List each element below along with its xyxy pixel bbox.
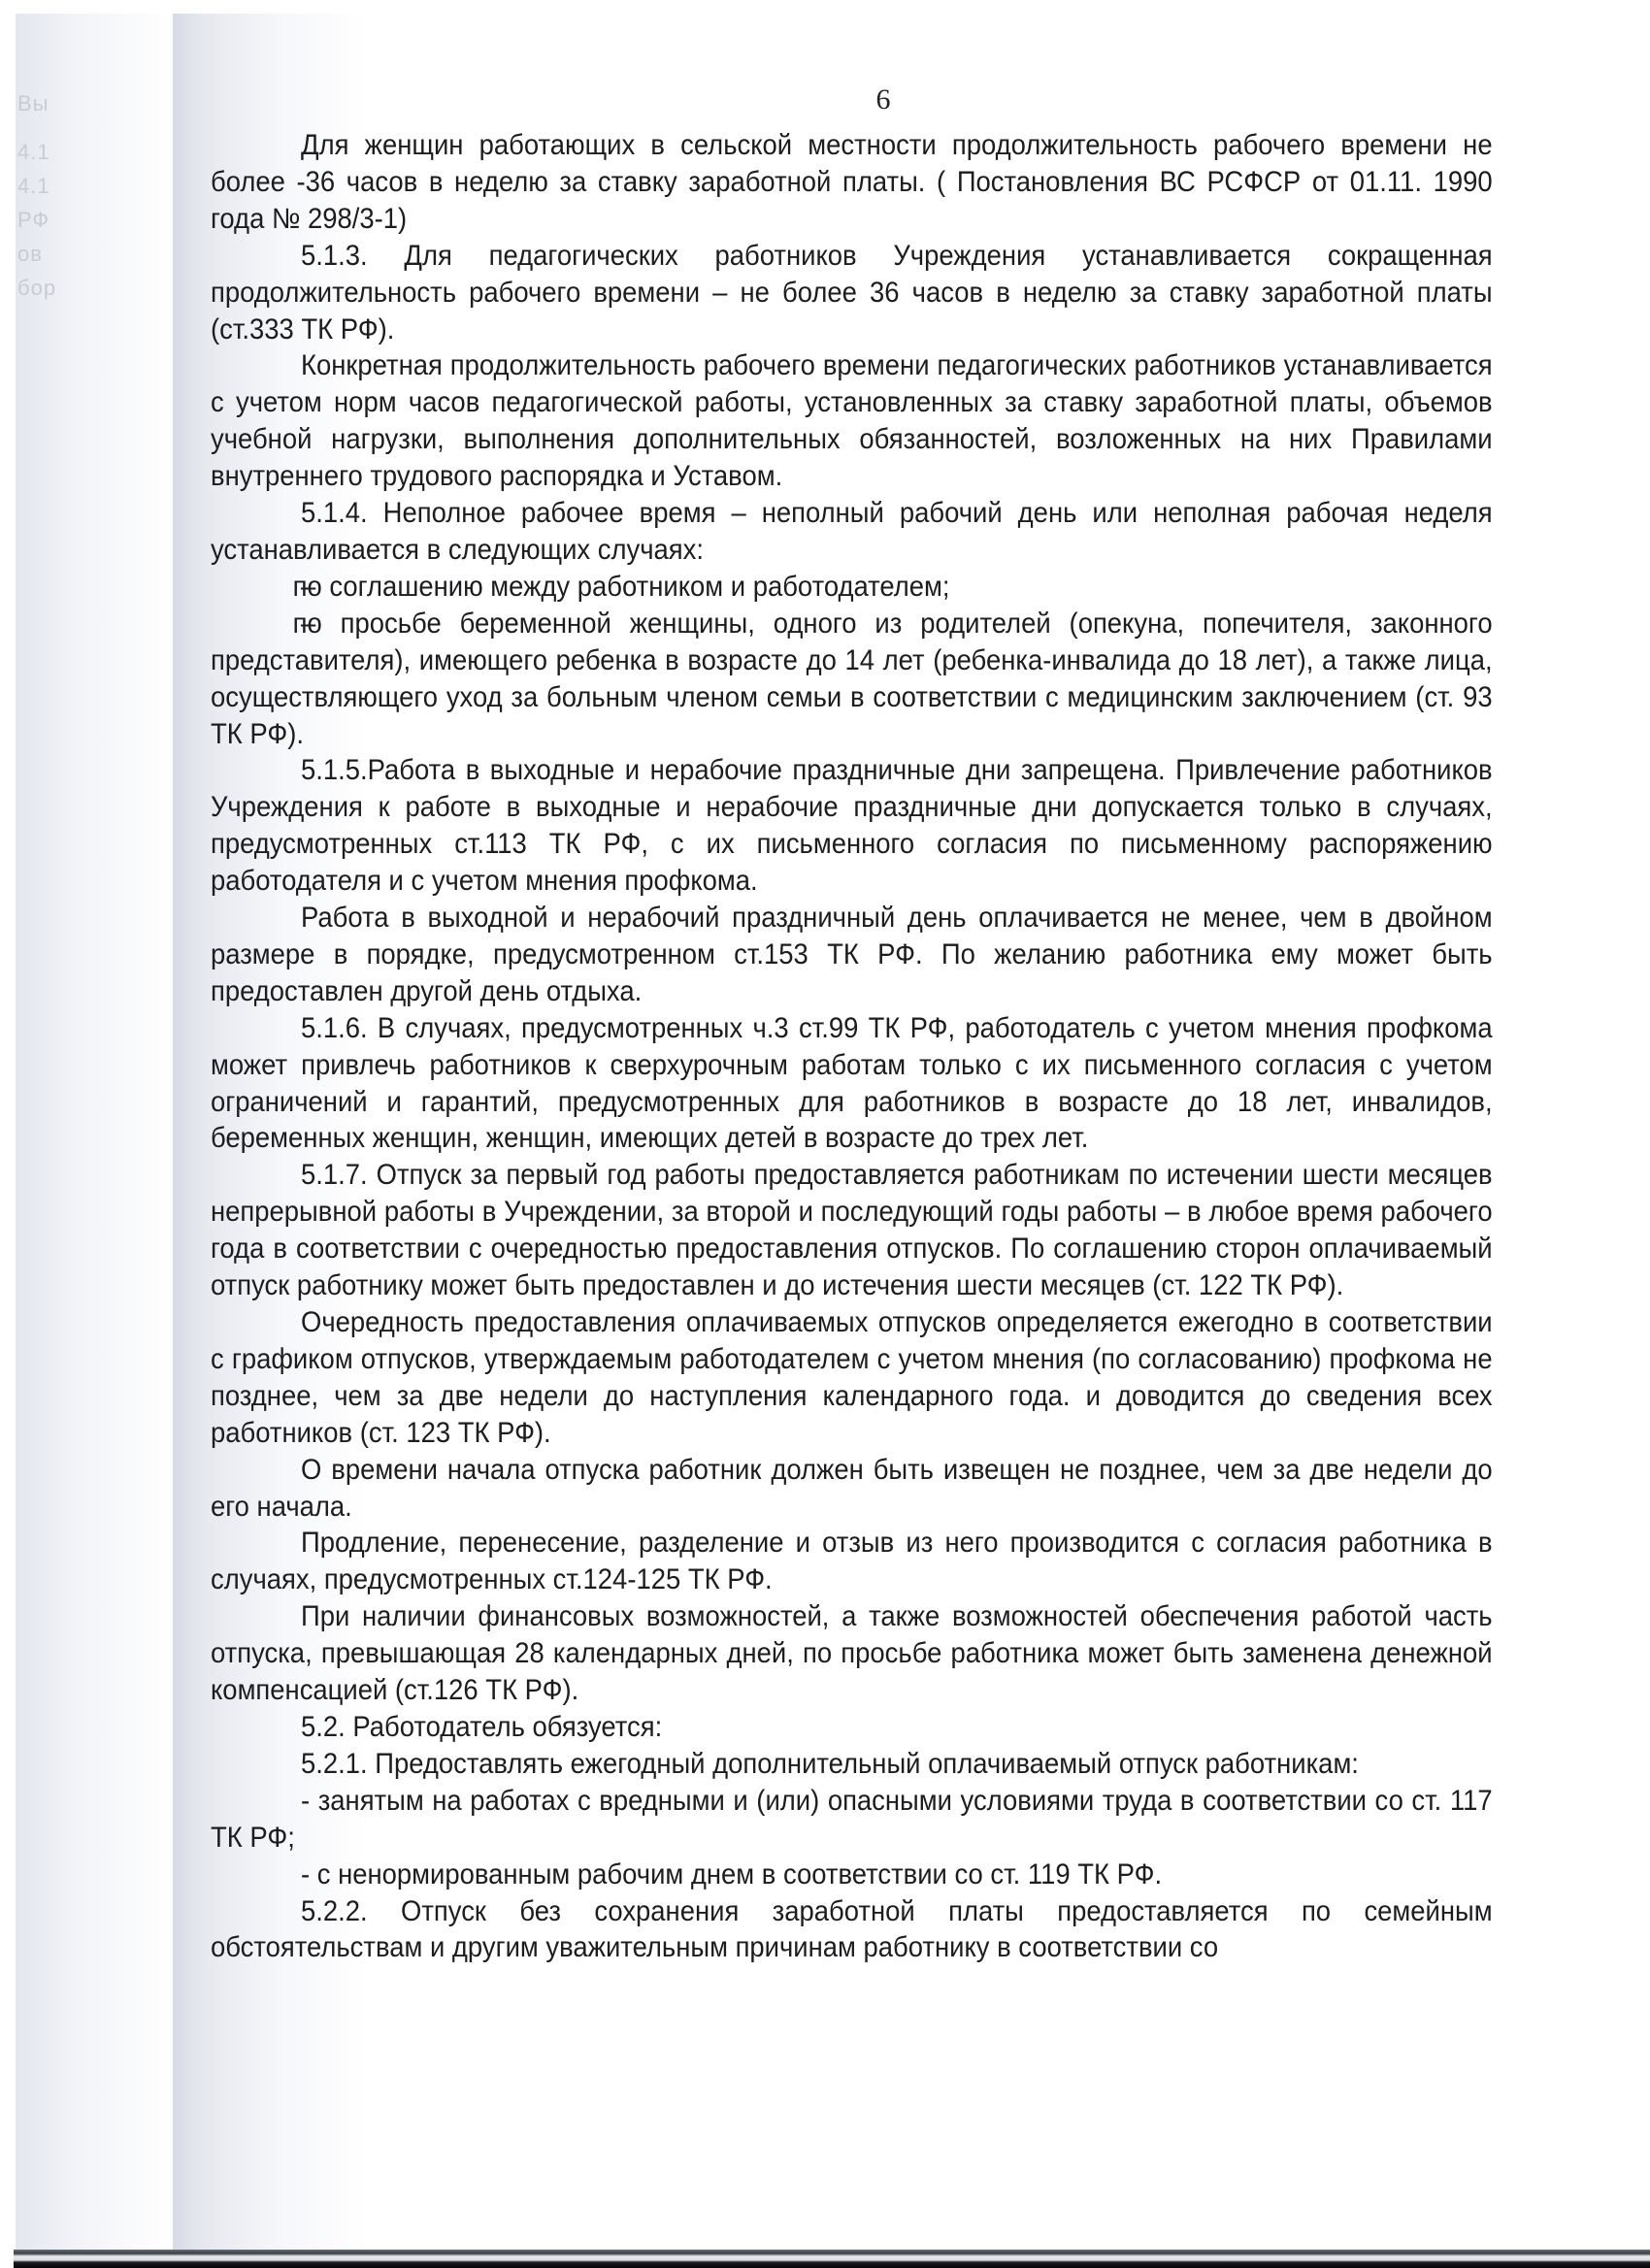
list-item-text: по соглашению между работником и работод… bbox=[211, 569, 1493, 606]
paragraph-5-2-1: 5.2.1. Предоставлять ежегодный дополните… bbox=[211, 1746, 1493, 1783]
paragraph-5-1-4: 5.1.4. Неполное рабочее время – неполный… bbox=[211, 495, 1493, 569]
paragraph-5-1-6: 5.1.6. В случаях, предусмотренных ч.3 ст… bbox=[211, 1010, 1493, 1158]
list-marker: – bbox=[301, 569, 315, 606]
paragraph-vacation-compensation: При наличии финансовых возможностей, а т… bbox=[211, 1598, 1493, 1709]
list-item: –по соглашению между работником и работо… bbox=[211, 569, 1493, 606]
scanner-bottom-edge bbox=[14, 2250, 1650, 2268]
document-body: Для женщин работающих в сельской местнос… bbox=[211, 127, 1493, 1966]
paragraph-5-1-3: 5.1.3. Для педагогических работников Учр… bbox=[211, 238, 1493, 348]
bleed-through-text: 4.1 bbox=[17, 140, 50, 165]
list-item: –по просьбе беременной женщины, одного и… bbox=[211, 606, 1493, 753]
page-number: 6 bbox=[869, 83, 898, 116]
paragraph-5-2-2: 5.2.2. Отпуск без сохранения заработной … bbox=[211, 1893, 1493, 1967]
paragraph-irregular-hours: - с ненормированным рабочим днем в соотв… bbox=[211, 1857, 1493, 1893]
list-marker: – bbox=[301, 606, 315, 642]
paragraph-vacation-notice: О времени начала отпуска работник должен… bbox=[211, 1452, 1493, 1526]
paragraph-5-1-5: 5.1.5.Работа в выходные и нерабочие праз… bbox=[211, 752, 1493, 900]
bleed-through-text: ов bbox=[17, 242, 43, 267]
paragraph-5-1-7: 5.1.7. Отпуск за первый год работы предо… bbox=[211, 1157, 1493, 1304]
adjacent-page-edge: Вы 4.1 4.1 РФ ов бор bbox=[16, 14, 173, 2251]
list-item-text: по просьбе беременной женщины, одного из… bbox=[211, 606, 1493, 753]
bleed-through-text: Вы bbox=[17, 91, 49, 116]
paragraph-5-2: 5.2. Работодатель обязуется: bbox=[211, 1709, 1493, 1746]
bleed-through-text: бор bbox=[17, 276, 56, 301]
paragraph-vacation-order: Очередность предоставления оплачиваемых … bbox=[211, 1304, 1493, 1452]
paragraph-specific-duration: Конкретная продолжительность рабочего вр… bbox=[211, 347, 1493, 495]
paragraph-holiday-pay: Работа в выходной и нерабочий праздничны… bbox=[211, 900, 1493, 1010]
paragraph-women-rural: Для женщин работающих в сельской местнос… bbox=[211, 127, 1493, 238]
paragraph-vacation-extension: Продление, перенесение, разделение и отз… bbox=[211, 1525, 1493, 1598]
bleed-through-text: 4.1 bbox=[17, 174, 50, 199]
bleed-through-text: РФ bbox=[17, 208, 49, 233]
paragraph-hazardous-conditions: - занятым на работах с вредными и (или) … bbox=[211, 1783, 1493, 1857]
